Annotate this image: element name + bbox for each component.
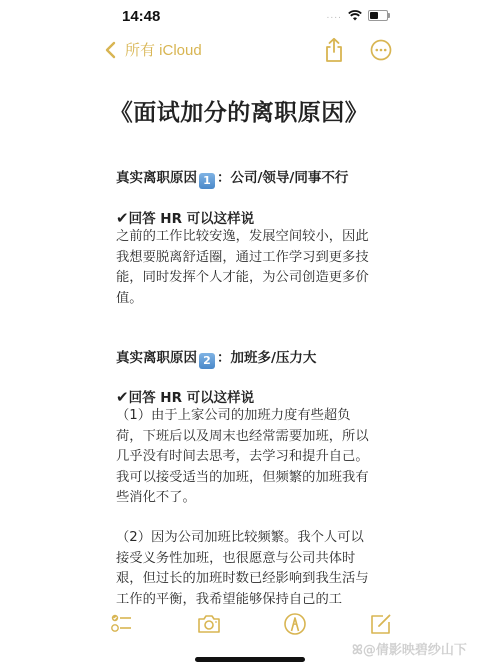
navigation-bar: 所有 iCloud: [0, 34, 500, 70]
status-bar: 14:48 ....: [0, 0, 500, 34]
check-mark-icon: ✔: [116, 209, 129, 227]
heading-prefix: 真实离职原因: [116, 350, 197, 366]
heading-prefix: 真实离职原因: [116, 170, 197, 186]
bottom-toolbar: [0, 610, 500, 640]
keycap-1-emoji: 1: [199, 173, 215, 189]
answer-heading-2: ✔回答 HR 可以这样说: [116, 386, 254, 406]
answer-heading-1: ✔回答 HR 可以这样说: [116, 207, 254, 227]
paragraph: （1）由于上家公司的加班力度有些超负荷，下班后以及周末也经常需要加班，所以几乎没…: [116, 406, 376, 509]
checklist-icon[interactable]: [110, 612, 134, 636]
watermark-text: @倩影映碧纱山下: [363, 643, 467, 658]
status-time: 14:48: [122, 8, 160, 25]
battery-icon: [368, 10, 388, 21]
back-label: 所有 iCloud: [125, 39, 202, 60]
answer-heading-label: 回答 HR 可以这样说: [129, 211, 255, 227]
markup-pen-icon[interactable]: [283, 612, 307, 636]
watermark-icon: ꕤ: [352, 643, 363, 658]
chevron-left-icon: [103, 40, 119, 60]
cellular-signal-icon: ....: [327, 11, 342, 21]
section-heading-2: 真实离职原因2：加班多/压力大: [116, 346, 316, 369]
keycap-2-emoji: 2: [199, 353, 215, 369]
note-title: 《面试加分的离职原因》: [104, 94, 374, 127]
status-icons: ....: [327, 10, 388, 21]
share-icon[interactable]: [323, 37, 345, 63]
ellipsis-circle-icon[interactable]: [370, 39, 392, 61]
section-heading-1: 真实离职原因1：公司/领导/同事不行: [116, 166, 348, 189]
camera-icon[interactable]: [197, 612, 221, 636]
home-indicator[interactable]: [195, 657, 305, 662]
wifi-icon: [348, 10, 362, 21]
heading-suffix: ：加班多/压力大: [217, 350, 316, 366]
back-button[interactable]: 所有 iCloud: [103, 39, 202, 60]
compose-icon[interactable]: [369, 612, 393, 636]
answer-heading-label: 回答 HR 可以这样说: [129, 390, 255, 406]
heading-suffix: ：公司/领导/同事不行: [217, 170, 348, 186]
paragraph: 之前的工作比较安逸，发展空间较小，因此我想要脱离舒适圈，通过工作学习到更多技能，…: [116, 227, 376, 309]
paragraph: （2）因为公司加班比较频繁。我个人可以接受义务性加班，也很愿意与公司共体时艰，但…: [116, 528, 376, 610]
check-mark-icon: ✔: [116, 388, 129, 406]
watermark: ꕤ@倩影映碧纱山下: [352, 639, 467, 658]
